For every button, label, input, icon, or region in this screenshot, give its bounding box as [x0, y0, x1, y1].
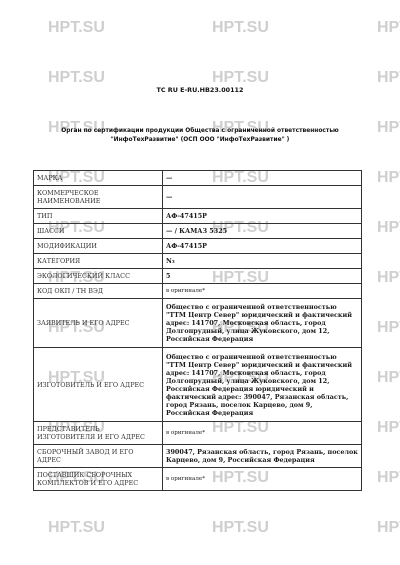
row-label: ИЗГОТОВИТЕЛЬ И ЕГО АДРЕС	[34, 348, 163, 422]
table-row-manufacturer: ИЗГОТОВИТЕЛЬ И ЕГО АДРЕС Общество с огра…	[34, 348, 362, 422]
table-row-modifications: МОДИФИКАЦИИ АФ-47415Р	[34, 239, 362, 254]
row-label: МАРКА	[34, 171, 163, 186]
watermark: HPT.SU	[212, 520, 269, 536]
row-value: Общество с ограниченной ответственностью…	[163, 348, 362, 422]
watermark: HPT.SU	[48, 70, 105, 86]
watermark: HPT.SU	[377, 420, 400, 436]
row-value: в оригинале*	[163, 422, 362, 445]
watermark: HPT.SU	[48, 20, 105, 36]
row-value: АФ-47415Р	[163, 239, 362, 254]
table-row-applicant: ЗАЯВИТЕЛЬ И ЕГО АДРЕС Общество с огранич…	[34, 299, 362, 348]
row-value: АФ-47415Р	[163, 209, 362, 224]
row-value: — / КАМАЗ 5325	[163, 224, 362, 239]
table-row-kit-supplier: ПОСТАВЩИК СБОРОЧНЫХ КОМПЛЕКТОВ И ЕГО АДР…	[34, 468, 362, 491]
table-row-assembly-plant: СБОРОЧНЫЙ ЗАВОД И ЕГО АДРЕС 390047, Ряза…	[34, 445, 362, 468]
watermark: HPT.SU	[48, 520, 105, 536]
row-value: в оригинале*	[163, 468, 362, 491]
table-row-manufacturer-representative: ПРЕДСТАВИТЕЛЬ ИЗГОТОВИТЕЛЯ И ЕГО АДРЕС в…	[34, 422, 362, 445]
table-row-okp-code: КОД ОКП / ТН ВЭД в оригинале*	[34, 284, 362, 299]
watermark: HPT.SU	[377, 370, 400, 386]
table-row-brand: МАРКА —	[34, 171, 362, 186]
row-value: в оригинале*	[163, 284, 362, 299]
row-label: КОММЕРЧЕСКОЕ НАИМЕНОВАНИЕ	[34, 186, 163, 209]
row-label: ТИП	[34, 209, 163, 224]
table-row-type: ТИП АФ-47415Р	[34, 209, 362, 224]
watermark: HPT.SU	[377, 20, 400, 36]
table-row-commercial-name: КОММЕРЧЕСКОЕ НАИМЕНОВАНИЕ —	[34, 186, 362, 209]
row-label: ПОСТАВЩИК СБОРОЧНЫХ КОМПЛЕКТОВ И ЕГО АДР…	[34, 468, 163, 491]
row-value: Общество с ограниченной ответственностью…	[163, 299, 362, 348]
table-row-category: КАТЕГОРИЯ N₃	[34, 254, 362, 269]
row-value: N₃	[163, 254, 362, 269]
row-value: —	[163, 186, 362, 209]
table-row-chassis: ШАССИ — / КАМАЗ 5325	[34, 224, 362, 239]
watermark: HPT.SU	[212, 70, 269, 86]
watermark: HPT.SU	[377, 70, 400, 86]
row-label: КОД ОКП / ТН ВЭД	[34, 284, 163, 299]
row-value: 390047, Рязанская область, город Рязань,…	[163, 445, 362, 468]
issuing-body-title: Орган по сертификации продукции Общества…	[40, 127, 360, 145]
watermark: HPT.SU	[377, 170, 400, 186]
row-label: МОДИФИКАЦИИ	[34, 239, 163, 254]
watermark: HPT.SU	[377, 470, 400, 486]
row-label: ПРЕДСТАВИТЕЛЬ ИЗГОТОВИТЕЛЯ И ЕГО АДРЕС	[34, 422, 163, 445]
watermark: HPT.SU	[377, 320, 400, 336]
watermark: HPT.SU	[212, 20, 269, 36]
row-label: ЭКОЛОГИЧЕСКИЙ КЛАСС	[34, 269, 163, 284]
row-label: ЗАЯВИТЕЛЬ И ЕГО АДРЕС	[34, 299, 163, 348]
watermark: HPT.SU	[377, 520, 400, 536]
row-label: СБОРОЧНЫЙ ЗАВОД И ЕГО АДРЕС	[34, 445, 163, 468]
certificate-details-table: МАРКА — КОММЕРЧЕСКОЕ НАИМЕНОВАНИЕ — ТИП …	[33, 170, 362, 491]
row-label: ШАССИ	[34, 224, 163, 239]
table-row-eco-class: ЭКОЛОГИЧЕСКИЙ КЛАСС 5	[34, 269, 362, 284]
watermark: HPT.SU	[377, 220, 400, 236]
watermark: HPT.SU	[377, 120, 400, 136]
certificate-number: ТС RU E-RU.НВ23.00112	[0, 86, 400, 94]
row-label: КАТЕГОРИЯ	[34, 254, 163, 269]
row-value: 5	[163, 269, 362, 284]
watermark: HPT.SU	[377, 270, 400, 286]
row-value: —	[163, 171, 362, 186]
